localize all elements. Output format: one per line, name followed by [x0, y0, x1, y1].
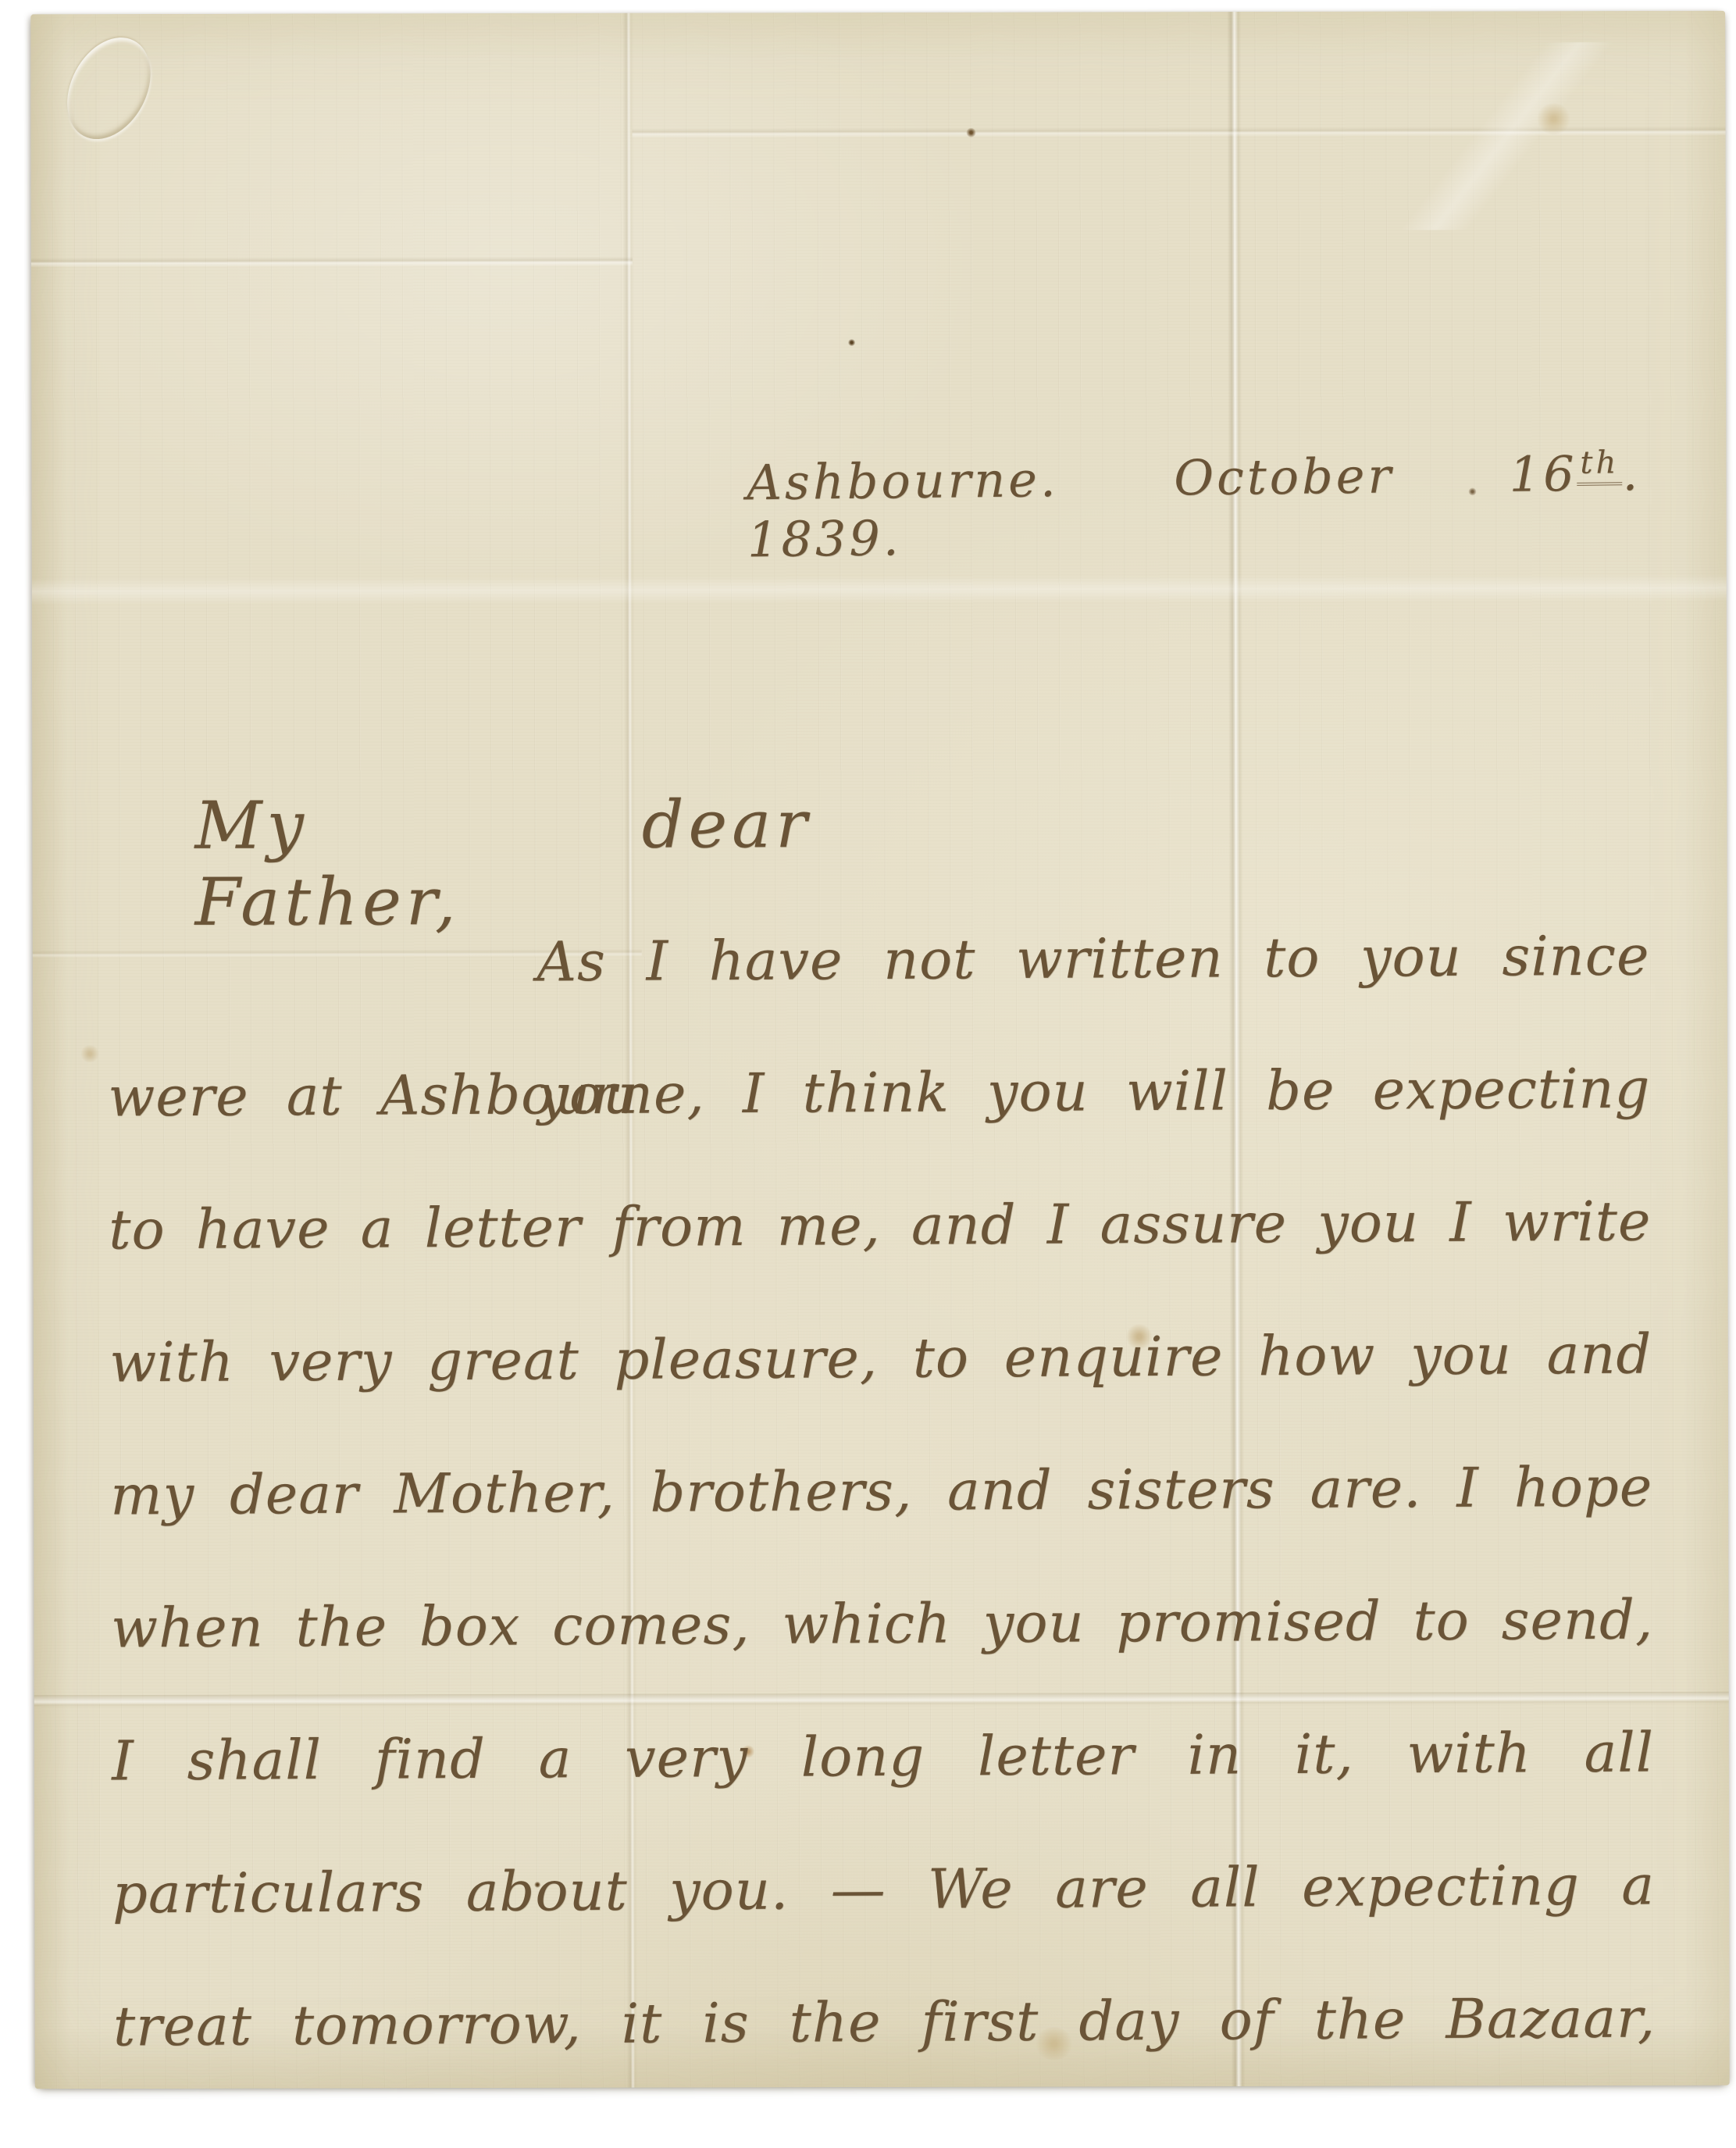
letter-body: As I have not written to you since you w… — [107, 889, 1656, 2093]
stain-spot — [967, 128, 976, 137]
body-line: when the box comes, which you promised t… — [111, 1553, 1654, 1694]
dateline-place: Ashbourne. — [747, 451, 1059, 511]
body-line: As I have not written to you since you — [107, 889, 1650, 1030]
dateline-day-suffix: th — [1577, 445, 1622, 487]
body-line: my dear Mother, brothers, and sisters ar… — [110, 1420, 1653, 1561]
fold-crease-top-left — [31, 257, 633, 268]
body-line: were at Ashbourne, I think you will be e… — [108, 1022, 1651, 1163]
letter-page: Ashbourne. October 16th. 1839. My dear F… — [30, 11, 1730, 2089]
body-line: I shall find a very long letter in it, w… — [112, 1686, 1655, 1827]
embossed-seal — [51, 23, 167, 154]
scanner-background: Ashbourne. October 16th. 1839. My dear F… — [0, 0, 1736, 2148]
dateline: Ashbourne. October 16th. 1839. — [747, 444, 1642, 568]
fold-crease-top-right — [633, 127, 1726, 138]
body-line: to have a letter from me, and I assure y… — [109, 1154, 1652, 1296]
ink-speck — [848, 339, 855, 346]
dateline-month: October — [1174, 447, 1395, 506]
body-line: treat tomorrow, it is the first day of t… — [113, 1951, 1656, 2093]
body-line: with very great pleasure, to enquire how… — [109, 1287, 1652, 1429]
crease-diagonal-top-right — [1296, 42, 1718, 230]
dateline-day: 16 — [1509, 445, 1577, 503]
body-line: particulars about you. — We are all expe… — [112, 1818, 1656, 1960]
stain-spot — [1536, 103, 1570, 134]
fold-light-band — [32, 575, 1727, 605]
stain-spot — [80, 1045, 100, 1062]
